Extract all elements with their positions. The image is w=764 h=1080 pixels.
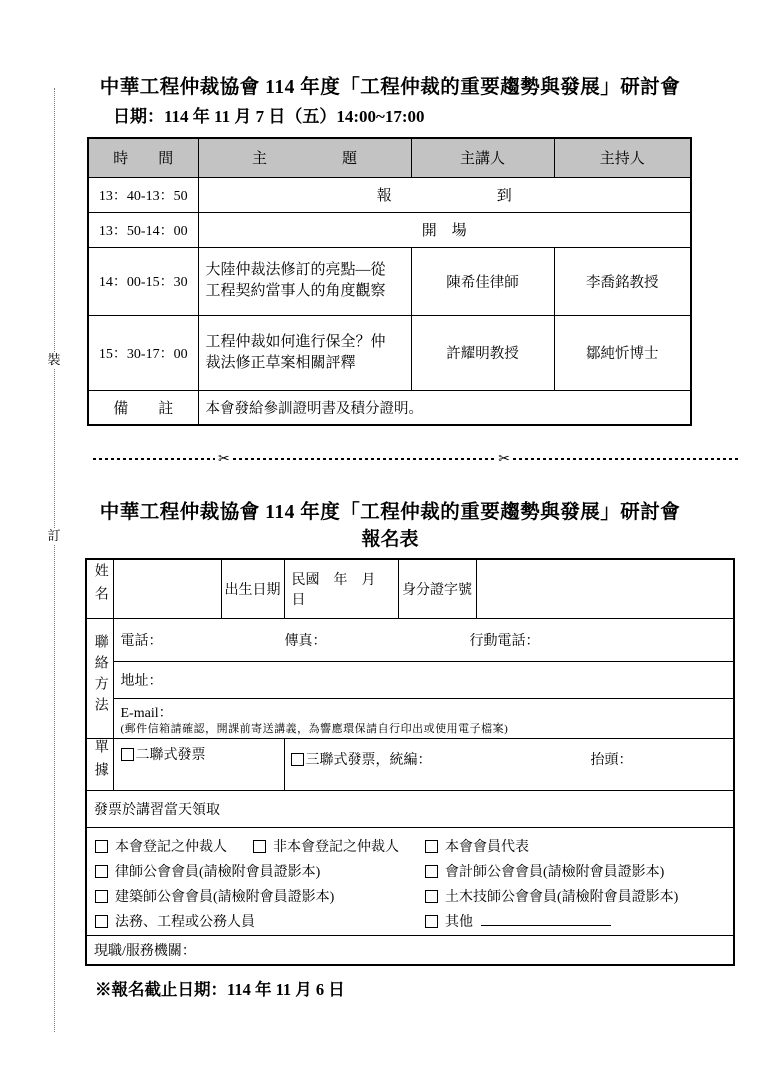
triplicate-invoice-checkbox[interactable] <box>291 753 304 766</box>
scissors-icon: ✂ <box>215 452 233 466</box>
membership-checkbox[interactable] <box>425 865 438 878</box>
address-field[interactable]: 地址： <box>113 661 734 698</box>
triplicate-invoice-label: 三聯式發票，統編： <box>306 753 432 768</box>
form-row-invoice-note: 發票於講習當天領取 <box>86 790 734 827</box>
cut-here-line: ✂ ✂ <box>93 450 741 468</box>
schedule-header-topic: 主 題 <box>198 138 411 177</box>
registration-title: 中華工程仲裁協會 114 年度「工程仲裁的重要趨勢與發展」研討會 <box>87 500 693 526</box>
schedule-row-opening: 13：50-14：00 開 場 <box>88 212 691 247</box>
topic-cell: 開 場 <box>198 212 691 247</box>
membership-checkbox[interactable] <box>95 890 108 903</box>
duplicate-invoice-checkbox[interactable] <box>121 748 134 761</box>
form-row-email: E-mail： (郵件信箱請確認，開課前寄送講義，為響應環保請自行印出或使用電子… <box>86 698 734 738</box>
schedule-header-moderator: 主持人 <box>554 138 691 177</box>
birth-format-cell[interactable]: 民國 年 月 日 <box>284 559 398 618</box>
membership-option[interactable]: 非本會登記之仲裁人 <box>253 835 399 860</box>
membership-option-other[interactable]: 其他 <box>425 910 733 935</box>
binding-mark-ding: 訂 <box>46 528 62 544</box>
registration-form-table: 姓名 出生日期 民國 年 月 日 身分證字號 聯絡方法 電話： 傳真： 行動電話… <box>85 558 735 966</box>
time-cell: 13：50-14：00 <box>88 212 198 247</box>
membership-option-label: 會計師公會會員(請檢附會員證影本) <box>445 865 664 880</box>
membership-checkbox[interactable] <box>425 915 438 928</box>
membership-option-label: 土木技師公會會員(請檢附會員證影本) <box>445 890 678 905</box>
id-input-cell[interactable] <box>476 559 734 618</box>
form-row-address: 地址： <box>86 661 734 698</box>
membership-option-label: 本會會員代表 <box>445 840 529 855</box>
registration-subtitle: 報名表 <box>87 528 693 552</box>
membership-option[interactable]: 律師公會會員(請檢附會員證影本) <box>95 860 320 885</box>
schedule-row-session1: 14：00-15：30 大陸仲裁法修訂的亮點—從工程契約當事人的角度觀察 陳希佳… <box>88 247 691 315</box>
phone-field[interactable]: 電話： <box>121 630 285 650</box>
topic-cell: 報 到 <box>198 177 691 212</box>
speaker-cell: 陳希佳律師 <box>411 247 554 315</box>
topic-cell: 工程仲裁如何進行保全？仲裁法修正草案相關評釋 <box>198 315 411 390</box>
name-input-cell[interactable] <box>113 559 221 618</box>
membership-checkbox[interactable] <box>95 865 108 878</box>
membership-checkbox[interactable] <box>253 840 266 853</box>
fax-field[interactable]: 傳真： <box>285 630 470 650</box>
membership-option[interactable]: 土木技師公會會員(請檢附會員證影本) <box>425 885 733 910</box>
time-cell: 15：30-17：00 <box>88 315 198 390</box>
email-note: (郵件信箱請確認，開課前寄送講義，為響應環保請自行印出或使用電子檔案) <box>121 722 734 736</box>
schedule-header-speaker: 主講人 <box>411 138 554 177</box>
contact-label-cell: 聯絡方法 <box>86 618 113 738</box>
membership-option-label: 律師公會會員(請檢附會員證影本) <box>115 865 320 880</box>
note-text-cell: 本會發給參訓證明書及積分證明。 <box>198 390 691 425</box>
form-row-receipt: 單據 二聯式發票 三聯式發票，統編： 抬頭： <box>86 738 734 790</box>
membership-checkbox[interactable] <box>425 890 438 903</box>
moderator-cell: 鄒純忻博士 <box>554 315 691 390</box>
dash-segment <box>513 458 741 460</box>
duplicate-invoice-option[interactable]: 二聯式發票 <box>113 738 284 790</box>
schedule-row-session2: 15：30-17：00 工程仲裁如何進行保全？仲裁法修正草案相關評釋 許耀明教授… <box>88 315 691 390</box>
job-field[interactable]: 現職/服務機關： <box>86 935 734 965</box>
dash-segment <box>233 458 496 460</box>
membership-option-label: 建築師公會會員(請檢附會員證影本) <box>115 890 334 905</box>
membership-option-label: 其他 <box>445 915 473 930</box>
other-fill-in-line[interactable] <box>481 912 611 926</box>
time-cell: 13：40-13：50 <box>88 177 198 212</box>
seminar-title-wrap: 中華工程仲裁協會 114 年度「工程仲裁的重要趨勢與發展」研討會 <box>87 75 693 101</box>
form-row-phone: 聯絡方法 電話： 傳真： 行動電話： <box>86 618 734 661</box>
time-cell: 14：00-15：30 <box>88 247 198 315</box>
membership-option[interactable]: 法務、工程或公務人員 <box>95 910 255 935</box>
membership-line-1: 本會登記之仲裁人 非本會登記之仲裁人 本會會員代表 <box>95 835 733 860</box>
schedule-header-time: 時 間 <box>88 138 198 177</box>
topic-cell: 大陸仲裁法修訂的亮點—從工程契約當事人的角度觀察 <box>198 247 411 315</box>
membership-option[interactable]: 建築師公會會員(請檢附會員證影本) <box>95 885 334 910</box>
phone-fax-mobile-cell: 電話： 傳真： 行動電話： <box>113 618 734 661</box>
membership-checkbox[interactable] <box>95 915 108 928</box>
membership-option-label: 本會登記之仲裁人 <box>115 840 227 855</box>
triplicate-invoice-option: 三聯式發票，統編： 抬頭： <box>284 738 734 790</box>
dash-segment <box>93 458 215 460</box>
page-content: 中華工程仲裁協會 114 年度「工程仲裁的重要趨勢與發展」研討會 日期：114 … <box>87 75 735 1000</box>
receipt-label-cell: 單據 <box>86 738 113 790</box>
membership-checkbox[interactable] <box>425 840 438 853</box>
name-label-cell: 姓名 <box>86 559 113 618</box>
membership-option[interactable]: 本會會員代表 <box>425 835 733 860</box>
binding-mark-zhuang: 裝 <box>46 352 62 368</box>
email-field[interactable]: E-mail： <box>121 702 734 722</box>
duplicate-invoice-label: 二聯式發票 <box>136 748 206 763</box>
contact-label: 聯絡方法 <box>90 634 110 718</box>
document-page: 裝 訂 中華工程仲裁協會 114 年度「工程仲裁的重要趨勢與發展」研討會 日期：… <box>0 0 764 1080</box>
moderator-cell: 李喬銘教授 <box>554 247 691 315</box>
note-label-cell: 備 註 <box>88 390 198 425</box>
seminar-date: 日期：114 年 11 月 7 日（五）14:00~17:00 <box>113 105 735 129</box>
invoice-title-field[interactable]: 抬頭： <box>591 749 633 769</box>
speaker-cell: 許耀明教授 <box>411 315 554 390</box>
seminar-title: 中華工程仲裁協會 114 年度「工程仲裁的重要趨勢與發展」研討會 <box>87 75 693 101</box>
registration-deadline: ※報名截止日期：114 年 11 月 6 日 <box>95 976 735 1000</box>
mobile-field[interactable]: 行動電話： <box>470 630 540 650</box>
membership-line-2: 律師公會會員(請檢附會員證影本) 會計師公會會員(請檢附會員證影本) <box>95 860 733 885</box>
scissors-icon: ✂ <box>495 452 513 466</box>
triplicate-invoice-field[interactable]: 三聯式發票，統編： <box>291 749 591 769</box>
id-label-cell: 身分證字號 <box>398 559 476 618</box>
membership-line-4: 法務、工程或公務人員 其他 <box>95 910 733 935</box>
membership-line-3: 建築師公會會員(請檢附會員證影本) 土木技師公會會員(請檢附會員證影本) <box>95 885 733 910</box>
membership-checkbox[interactable] <box>95 840 108 853</box>
birth-label-cell: 出生日期 <box>221 559 284 618</box>
receipt-label: 單據 <box>90 739 110 785</box>
form-row-name: 姓名 出生日期 民國 年 月 日 身分證字號 <box>86 559 734 618</box>
membership-option-label: 非本會登記之仲裁人 <box>273 840 399 855</box>
schedule-row-checkin: 13：40-13：50 報 到 <box>88 177 691 212</box>
registration-title-wrap: 中華工程仲裁協會 114 年度「工程仲裁的重要趨勢與發展」研討會 報名表 <box>87 500 693 552</box>
membership-option-label: 法務、工程或公務人員 <box>115 915 255 930</box>
invoice-note: 發票於講習當天領取 <box>86 790 734 827</box>
name-label: 姓名 <box>90 563 110 609</box>
form-row-job: 現職/服務機關： <box>86 935 734 965</box>
schedule-row-note: 備 註 本會發給參訓證明書及積分證明。 <box>88 390 691 425</box>
membership-option[interactable]: 會計師公會會員(請檢附會員證影本) <box>425 860 733 885</box>
form-row-membership: 本會登記之仲裁人 非本會登記之仲裁人 本會會員代表 律師公會會員(請檢附會員證影… <box>86 827 734 935</box>
schedule-header-row: 時 間 主 題 主講人 主持人 <box>88 138 691 177</box>
schedule-table: 時 間 主 題 主講人 主持人 13：40-13：50 報 到 13：50-14… <box>87 137 692 426</box>
membership-options-cell: 本會登記之仲裁人 非本會登記之仲裁人 本會會員代表 律師公會會員(請檢附會員證影… <box>86 827 734 935</box>
email-field-cell[interactable]: E-mail： (郵件信箱請確認，開課前寄送講義，為響應環保請自行印出或使用電子… <box>113 698 734 738</box>
membership-option[interactable]: 本會登記之仲裁人 <box>95 835 253 860</box>
binding-dotted-line <box>54 88 55 1032</box>
